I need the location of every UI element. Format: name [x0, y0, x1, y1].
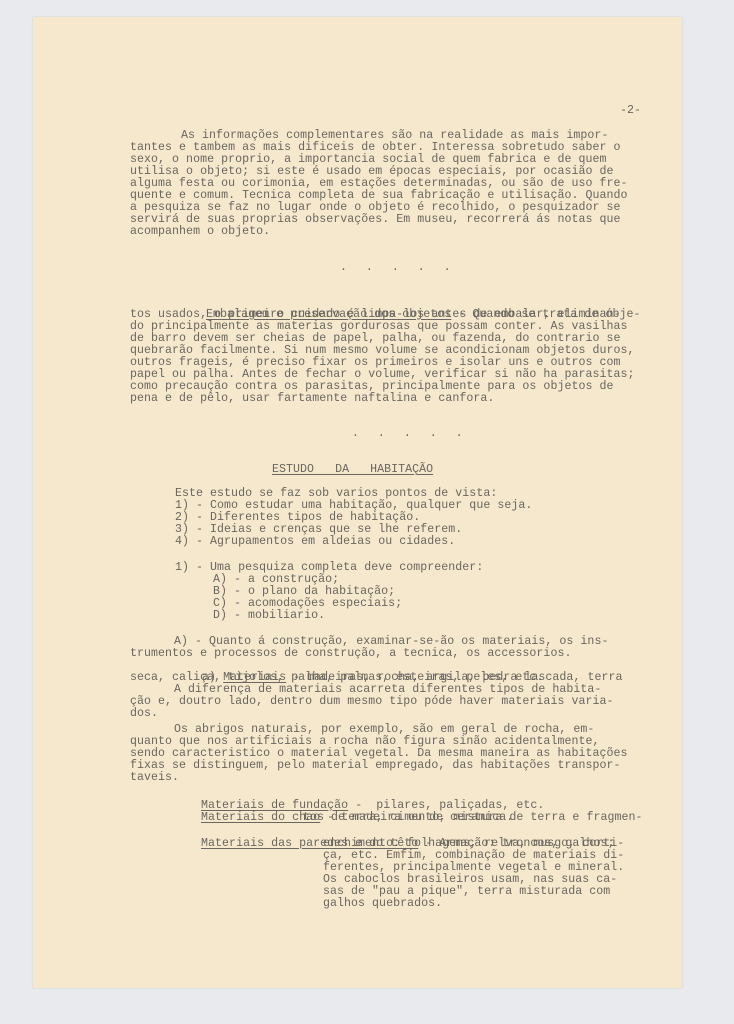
text-line: Os caboclos brasileiros usam, nas suas c…: [323, 874, 617, 886]
text-line: trumentos e processos de construção, a t…: [130, 648, 571, 660]
text-line: As informações complementares são na rea…: [181, 130, 608, 142]
text-line: ção e, doutro lado, dentro dum mesmo tip…: [130, 696, 614, 708]
text-line: sendo caracteristico o material vegetal.…: [130, 748, 628, 760]
text-line: ça, etc. Emfim, combinação de materiais …: [323, 850, 624, 862]
text-line: quebrarão facilmente. Si num mesmo volum…: [130, 345, 635, 357]
text-line: utilisa o objeto; si este é usado em épo…: [130, 166, 614, 178]
list-item: 4) - Agrupamentos em aldeias ou cidades.: [175, 536, 455, 548]
text-line: tantes e tambem as mais dificeis de obte…: [130, 142, 621, 154]
text-line: do principalmente as materias gordurosas…: [130, 321, 628, 333]
list-item: C) - acomodações especiais;: [213, 598, 402, 610]
text-line: papel ou palha. Antes de fechar o volume…: [130, 369, 635, 381]
list-item: B) - o plano da habitação;: [213, 586, 395, 598]
text-line: de barro devem ser cheias de papel, palh…: [130, 333, 621, 345]
text-line: acompanhem o objeto.: [130, 226, 270, 238]
text-line: taveis.: [130, 772, 179, 784]
text-line: tos de madeira ou de ceramica.: [303, 812, 513, 824]
text-line: seca, caliça, tijolos, palha, palmas, es…: [130, 672, 543, 684]
text-line: quanto que nos artificiais a rocha não f…: [130, 736, 600, 748]
text-line: A diferença de materiais acarreta difere…: [174, 684, 601, 696]
page-number: -2-: [620, 105, 641, 117]
text-line: dos.: [130, 708, 158, 720]
text-line: sas de "pau a pique", terra misturada co…: [323, 886, 610, 898]
text-line: pena e de pêlo, usar fartamente naftalin…: [130, 393, 494, 405]
list-item: 1) - Como estudar uma habitação, qualque…: [175, 500, 532, 512]
list-intro: 1) - Uma pesquiza completa deve compreen…: [175, 562, 483, 574]
text-line: outros frageis, é preciso fixar os prime…: [130, 357, 621, 369]
text-line: servirá de suas proprias observações. Em…: [130, 214, 621, 226]
text-line: ferentes, principalmente vegetal e miner…: [323, 862, 624, 874]
section-separator: . . . . .: [352, 428, 469, 440]
list-item: D) - mobiliario.: [213, 610, 325, 622]
section-title-estudo-habitacao: ESTUDO DA HABITAÇÃO: [272, 464, 433, 476]
list-item: 3) - Ideias e crenças que se lhe referem…: [175, 524, 462, 536]
text-line: a pesquiza se faz no lugar onde o objeto…: [130, 202, 621, 214]
text-line: quente e comum. Tecnica completa de sua …: [130, 190, 628, 202]
text-line: tos usados, o primeiro cuidado é limpa-l…: [130, 309, 621, 321]
list-intro: Este estudo se faz sob varios pontos de …: [175, 488, 497, 500]
text-line: A) - Quanto á construção, examinar-se-ão…: [174, 636, 608, 648]
text-line: sexo, o nome proprio, a importancia soci…: [130, 154, 607, 166]
text-line: Os abrigos naturais, por exemplo, são em…: [174, 724, 594, 736]
section-separator: . . . . .: [340, 262, 457, 274]
list-item: A) - a construção;: [213, 574, 339, 586]
text-line: como precaução contra os parasitas, prin…: [130, 381, 614, 393]
text-line: enchimento: folhagens, relva, musgo, cor…: [323, 838, 624, 850]
list-item: 2) - Diferentes tipos de habitação.: [175, 512, 420, 524]
text-line: alguma festa ou corimonia, em estações d…: [130, 178, 628, 190]
text-line: fixas se distinguem, pelo material empre…: [130, 760, 621, 772]
text-line: galhos quebrados.: [323, 898, 442, 910]
